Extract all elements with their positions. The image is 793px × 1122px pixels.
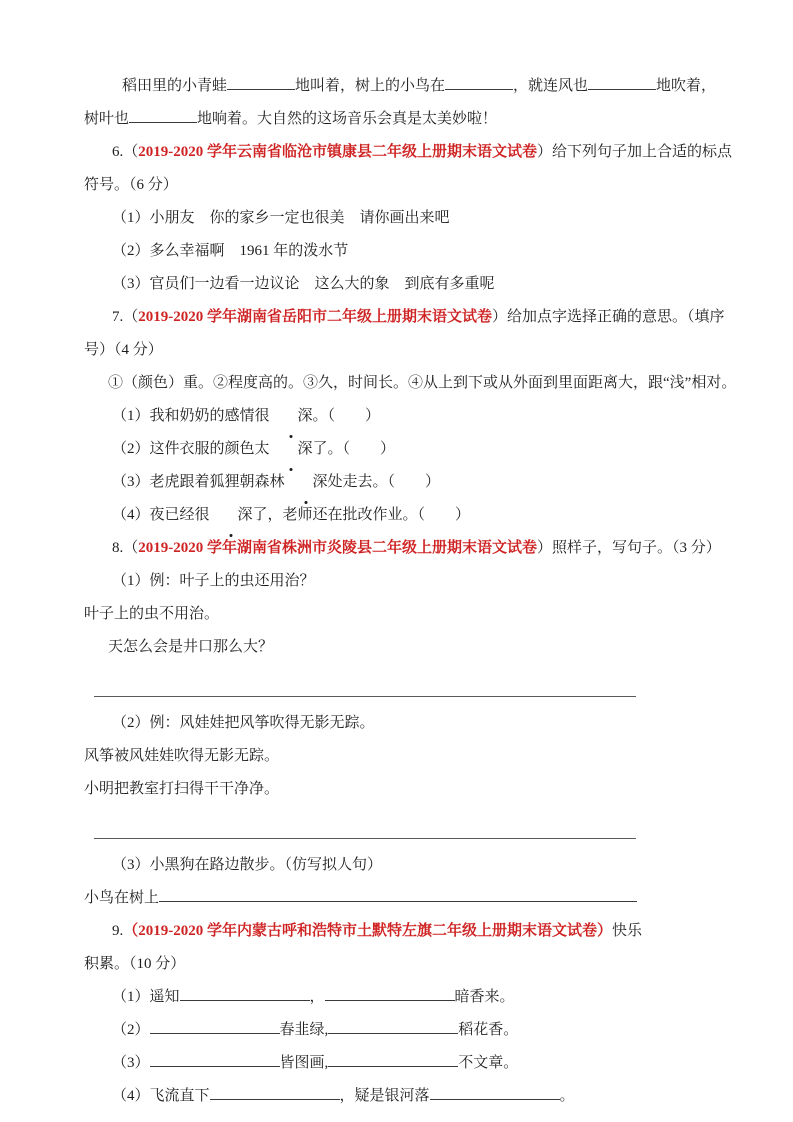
text-run: （3）老虎跟着狐狸朝森林 [112, 474, 285, 490]
exam-page: 稻田里的小青蛙地叫着，树上的小鸟在，就连风也地吹着，树叶也地响着。大自然的这场音… [0, 0, 793, 1122]
q9-item-3: （3）皆图画,不文章。 [84, 1047, 733, 1080]
text-run: 地叫着，树上的小鸟在 [295, 78, 445, 94]
fill-in-blank-line [328, 1051, 458, 1067]
text-run: ，就连风也 [513, 78, 588, 94]
fill-in-blank-line [210, 1084, 340, 1100]
text-run: （4）夜已经很 [112, 507, 210, 523]
fill-in-blank-line [150, 1018, 280, 1034]
text-run: 处走去。（ ） [328, 474, 441, 490]
text-run: ， [310, 989, 325, 1005]
text-run: 风筝被风娃娃吹得无影无踪。 [84, 748, 279, 764]
text-run: 7.（ [112, 309, 138, 325]
text-run: （1）我和奶奶的感情很 [112, 408, 270, 424]
text-run: 号）（4 分） [84, 342, 163, 358]
q8-item-1-model-answer: 叶子上的虫不用治。 [84, 598, 733, 631]
text-run: 符号。（6 分） [84, 177, 178, 193]
text-run: （3）小黑狗在路边散步。（仿写拟人句） [112, 857, 382, 873]
exam-source-reference: 2019-2020 学年湖南省岳阳市二年级上册期末语文试卷 [138, 309, 492, 325]
text-run: 地响着。大自然的这场音乐会真是太美妙啦！ [197, 111, 497, 127]
fill-in-blank-line [159, 886, 637, 902]
text-run: 稻田里的小青蛙 [122, 78, 227, 94]
text-run: 春韭绿, [280, 1022, 329, 1038]
question-7-stem-line-2: 号）（4 分） [84, 334, 733, 367]
emphasized-character: 深 [210, 499, 253, 532]
text-run: （3） [112, 1055, 150, 1071]
question-6-stem-line-2: 符号。（6 分） [84, 169, 733, 202]
exam-source-reference: 2019-2020 学年云南省临沧市镇康县二年级上册期末语文试卷 [138, 144, 537, 160]
text-run: 快乐 [612, 923, 642, 939]
fill-in-blank-line [180, 985, 310, 1001]
text-run: （2）这件衣服的颜色太 [112, 441, 270, 457]
text-run: 不文章。 [458, 1055, 518, 1071]
exam-source-reference: 2019-2020 学年湖南省株洲市炎陵县二年级上册期末语文试卷 [138, 540, 537, 556]
q7-item-3: （3）老虎跟着狐狸朝森林深处走去。（ ） [84, 466, 733, 499]
emphasized-character: 深 [270, 433, 313, 466]
text-run: 稻花香。 [458, 1022, 518, 1038]
text-run: 小鸟在树上 [84, 890, 159, 906]
q8-item-3-answer-start: 小鸟在树上 [84, 882, 733, 915]
fill-in-blank-line [325, 985, 455, 1001]
text-run: （3）官员们一边看一边议论 这么大的象 到底有多重呢 [112, 276, 495, 292]
fill-in-blank-line [129, 107, 197, 123]
text-run: （4）飞流直下 [112, 1088, 210, 1104]
text-run: 皆图画, [280, 1055, 329, 1071]
text-run: ）照样子，写句子。（3 分） [537, 540, 721, 556]
text-run: （2）多么幸福啊 1961 年的泼水节 [112, 243, 348, 259]
text-run: 了，老师还在批改作业。（ ） [253, 507, 471, 523]
q7-item-1: （1）我和奶奶的感情很深。（ ） [84, 400, 733, 433]
q8-item-2-example: （2）例：风娃娃把风筝吹得无影无踪。 [84, 707, 733, 740]
fill-in-blank-line [227, 74, 295, 90]
fill-in-blank-line [445, 74, 513, 90]
emphasized-character: 深 [285, 466, 328, 499]
q6-item-1: （1）小朋友 你的家乡一定也很美 请你画出来吧 [84, 202, 733, 235]
text-run: ①（颜色）重。②程度高的。③久，时间长。④从上到下或从外面到里面距离大，跟“浅”… [108, 375, 736, 391]
q9-item-4: （4）飞流直下，疑是银河落。 [84, 1080, 733, 1113]
q8-item-3-prompt: （3）小黑狗在路边散步。（仿写拟人句） [84, 849, 733, 882]
question-7-stem-line-1: 7.（2019-2020 学年湖南省岳阳市二年级上册期末语文试卷）给加点字选择正… [84, 301, 733, 334]
q8-item-1-answer-rule [94, 672, 636, 697]
question-9-stem-line-1: 9.（2019-2020 学年内蒙古呼和浩特市土默特左旗二年级上册期末语文试卷）… [84, 915, 733, 948]
text-run: ）给下列句子加上合适的标点 [537, 144, 732, 160]
text-run: 叶子上的虫不用治。 [84, 606, 219, 622]
fill-in-blank-line [430, 1084, 560, 1100]
text-run: 树叶也 [84, 111, 129, 127]
text-run: （1）例：叶子上的虫还用治？ [112, 573, 315, 589]
text-run: 暗香来。 [455, 989, 515, 1005]
q7-definitions: ①（颜色）重。②程度高的。③久，时间长。④从上到下或从外面到里面距离大，跟“浅”… [84, 367, 733, 400]
text-run: 天怎么会是井口那么大？ [108, 639, 273, 655]
text-run: （2）例：风娃娃把风筝吹得无影无踪。 [112, 715, 375, 731]
text-run: 6.（ [112, 144, 138, 160]
text-run: 小明把教室打扫得干干净净。 [84, 781, 279, 797]
fill-in-blank-line [588, 74, 656, 90]
question-8-stem: 8.（2019-2020 学年湖南省株洲市炎陵县二年级上册期末语文试卷）照样子，… [84, 532, 733, 565]
text-run: 。 [560, 1088, 575, 1104]
text-run: 了。（ ） [313, 441, 396, 457]
fill-in-blank-line [328, 1018, 458, 1034]
emphasized-character: 深 [270, 400, 313, 433]
q8-item-2-model-answer: 风筝被风娃娃吹得无影无踪。 [84, 740, 733, 773]
text-run: （2） [112, 1022, 150, 1038]
q7-item-4: （4）夜已经很深了，老师还在批改作业。（ ） [84, 499, 733, 532]
exam-source-reference: （2019-2020 学年内蒙古呼和浩特市土默特左旗二年级上册期末语文试卷） [123, 923, 612, 939]
question-9-stem-line-2: 积累。（10 分） [84, 948, 733, 981]
text-run: 积累。（10 分） [84, 956, 185, 972]
text-run: 9. [112, 923, 123, 939]
document-body: 稻田里的小青蛙地叫着，树上的小鸟在，就连风也地吹着，树叶也地响着。大自然的这场音… [84, 70, 733, 1113]
text-run: 8.（ [112, 540, 138, 556]
text-run: （1）遥知 [112, 989, 180, 1005]
fill-in-blank-line [150, 1051, 280, 1067]
q7-item-2: （2）这件衣服的颜色太深了。（ ） [84, 433, 733, 466]
q9-item-1: （1）遥知，暗香来。 [84, 981, 733, 1014]
text-run: ，疑是银河落 [340, 1088, 430, 1104]
intro-paragraph-line-1: 稻田里的小青蛙地叫着，树上的小鸟在，就连风也地吹着， [84, 70, 733, 103]
text-run: 地吹着， [656, 78, 716, 94]
q9-item-2: （2）春韭绿,稻花香。 [84, 1014, 733, 1047]
q8-item-2-answer-rule [94, 814, 636, 839]
q8-item-1-prompt: 天怎么会是井口那么大？ [84, 631, 733, 664]
text-run: （1）小朋友 你的家乡一定也很美 请你画出来吧 [112, 210, 450, 226]
q6-item-3: （3）官员们一边看一边议论 这么大的象 到底有多重呢 [84, 268, 733, 301]
q8-item-1-example: （1）例：叶子上的虫还用治？ [84, 565, 733, 598]
text-run: ）给加点字选择正确的意思。（填序 [492, 309, 725, 325]
q8-item-2-prompt: 小明把教室打扫得干干净净。 [84, 773, 733, 806]
text-run: 。（ ） [313, 408, 381, 424]
intro-paragraph-line-2: 树叶也地响着。大自然的这场音乐会真是太美妙啦！ [84, 103, 733, 136]
q6-item-2: （2）多么幸福啊 1961 年的泼水节 [84, 235, 733, 268]
question-6-stem-line-1: 6.（2019-2020 学年云南省临沧市镇康县二年级上册期末语文试卷）给下列句… [84, 136, 733, 169]
